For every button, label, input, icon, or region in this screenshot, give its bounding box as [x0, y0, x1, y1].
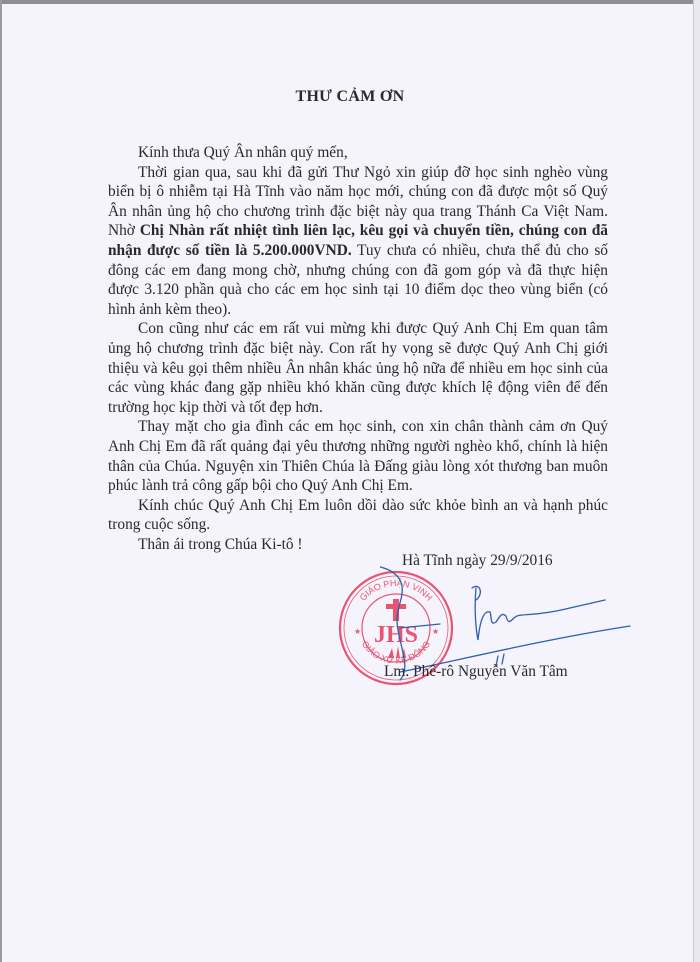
letter-title: THƯ CẢM ƠN: [0, 88, 700, 106]
paragraph-wishes: Kính chúc Quý Anh Chị Em luôn dồi dào sứ…: [108, 496, 608, 535]
scan-border-right: [693, 0, 700, 962]
letter-body: Kính thưa Quý Ân nhân quý mến, Thời gian…: [108, 143, 608, 554]
svg-text:★: ★: [354, 627, 361, 636]
paragraph-thanks: Thay mặt cho gia đình các em học sinh, c…: [108, 417, 608, 495]
paragraph-donation: Thời gian qua, sau khi đã gửi Thư Ngỏ xi…: [108, 163, 608, 320]
salutation: Kính thưa Quý Ân nhân quý mến,: [108, 143, 608, 163]
paragraph-hope: Con cũng như các em rất vui mừng khi đượ…: [108, 319, 608, 417]
signer-name: Lm. Phê-rô Nguyễn Văn Tâm: [384, 663, 568, 681]
